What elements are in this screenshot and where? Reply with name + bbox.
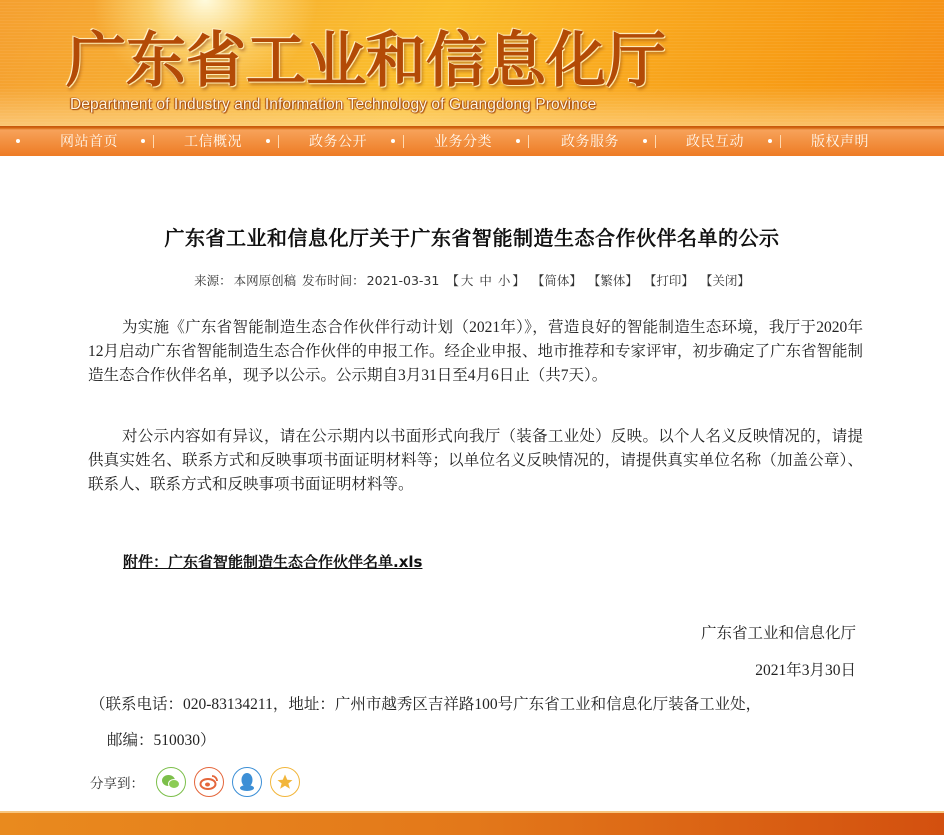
nav-divider <box>153 135 154 148</box>
bullet-icon <box>768 139 772 143</box>
nav-item-public-affairs[interactable]: 政务公开 <box>266 126 367 156</box>
contact-info: （联系电话：020-83134211，地址：广州市越秀区吉祥路100号广东省工业… <box>90 692 761 714</box>
site-logo-cn[interactable]: 广东省工业和信息化厅 <box>66 28 666 94</box>
publish-label: 发布时间： <box>302 273 365 288</box>
nav-item-interaction[interactable]: 政民互动 <box>643 126 744 156</box>
bullet-icon <box>16 139 20 143</box>
share-weibo-button[interactable] <box>194 767 224 797</box>
nav-divider <box>278 135 279 148</box>
wechat-icon <box>161 774 181 790</box>
bracket-open: 【 <box>446 273 459 288</box>
nav-link-services[interactable]: 政务服务 <box>561 131 619 151</box>
nav-item-home[interactable]: 网站首页 <box>16 126 118 156</box>
nav-divider <box>780 135 781 148</box>
traditional-button[interactable]: 【繁体】 <box>588 273 638 288</box>
nav-divider <box>528 135 529 148</box>
bullet-icon <box>643 139 647 143</box>
nav-link-interaction[interactable]: 政民互动 <box>686 131 744 151</box>
source-label: 来源： <box>194 273 232 288</box>
article-meta: 来源：本网原创稿 发布时间：2021-03-31 【大 中 小】 【简体】 【繁… <box>0 271 944 289</box>
simplified-button[interactable]: 【简体】 <box>532 273 582 288</box>
publish-date: 2021-03-31 <box>367 273 440 288</box>
nav-link-home[interactable]: 网站首页 <box>60 131 118 151</box>
share-label: 分享到： <box>90 772 144 792</box>
nav-link-overview[interactable]: 工信概况 <box>184 131 242 151</box>
star-icon <box>276 773 294 791</box>
nav-item-business[interactable]: 业务分类 <box>391 126 492 156</box>
article-paragraph: 为实施《广东省智能制造生态合作伙伴行动计划（2021年）》，营造良好的智能制造生… <box>88 316 863 388</box>
main-nav: 网站首页 工信概况 政务公开 业务分类 政务服务 政民互动 版权声明 <box>0 126 944 156</box>
nav-item-overview[interactable]: 工信概况 <box>141 126 242 156</box>
bullet-icon <box>516 139 520 143</box>
bullet-icon <box>141 139 145 143</box>
print-button[interactable]: 【打印】 <box>644 273 694 288</box>
nav-item-services[interactable]: 政务服务 <box>516 126 619 156</box>
share-qq-button[interactable] <box>232 767 262 797</box>
font-medium-button[interactable]: 中 <box>479 273 492 288</box>
bullet-icon <box>266 139 270 143</box>
site-logo-en: Department of Industry and Information T… <box>70 96 596 114</box>
weibo-icon <box>199 773 219 791</box>
article-title: 广东省工业和信息化厅关于广东省智能制造生态合作伙伴名单的公示 <box>0 222 944 251</box>
font-small-button[interactable]: 小 <box>498 273 511 288</box>
nav-link-copyright[interactable]: 版权声明 <box>811 131 869 151</box>
article-paragraph: 对公示内容如有异议，请在公示期内以书面形式向我厅（装备工业处）反映。以个人名义反… <box>88 425 863 497</box>
font-size-control: 【大 中 小】 <box>445 273 526 288</box>
contact-postcode: 邮编：510030） <box>107 728 216 750</box>
signature-org: 广东省工业和信息化厅 <box>701 621 856 643</box>
font-large-button[interactable]: 大 <box>461 273 474 288</box>
bracket-close: 】 <box>512 273 525 288</box>
site-header: 广东省工业和信息化厅 Department of Industry and In… <box>0 0 944 126</box>
bullet-icon <box>391 139 395 143</box>
nav-item-copyright[interactable]: 版权声明 <box>768 126 869 156</box>
nav-link-business[interactable]: 业务分类 <box>434 131 492 151</box>
qq-icon <box>239 772 255 792</box>
close-button[interactable]: 【关闭】 <box>700 273 750 288</box>
share-bar: 分享到： <box>90 767 308 797</box>
attachment-link[interactable]: 附件：广东省智能制造生态合作伙伴名单.xls <box>123 551 422 572</box>
nav-link-public-affairs[interactable]: 政务公开 <box>309 131 367 151</box>
nav-divider <box>655 135 656 148</box>
share-wechat-button[interactable] <box>156 767 186 797</box>
source-value: 本网原创稿 <box>234 273 297 288</box>
signature-date: 2021年3月30日 <box>755 658 856 680</box>
site-footer <box>0 811 944 835</box>
nav-divider <box>403 135 404 148</box>
share-qzone-button[interactable] <box>270 767 300 797</box>
